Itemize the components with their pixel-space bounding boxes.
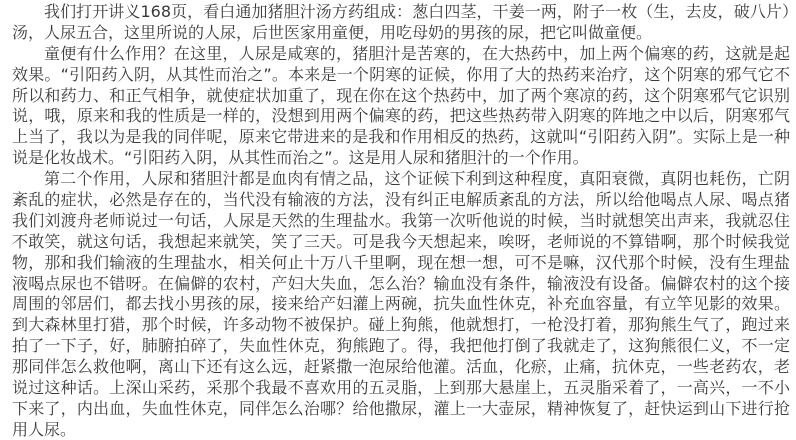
text-line: 说是化妆战术。“引阳药入阴，从其性而治之”。这是用人尿和猪胆汁的一个作用。 [12, 148, 790, 169]
text-line: 所以和药力、和正气相争，就使症状加重了，现在你在这个热药中，加了两个寒凉的药，这… [12, 86, 790, 107]
text-line: 周围的邻居们，都去找小男孩的尿，接来给产妇灌上两碗，抗失血性休克，补充血容量，有… [12, 294, 790, 315]
text-line: 第二个作用，人尿和猪胆汁都是血肉有情之品，这个证候下利到这种程度，真阳衰微，真阴… [12, 169, 790, 190]
text-line: 说，哦，原来和我的性质是一样的，没想到用两个偏寒的药，把这些热药带入阴寒的阵地之… [12, 106, 790, 127]
text-line: 下来了，内出血，失血性休克，同伴怎么治哪？给他撒尿，灌上一大壶尿，精神恢复了，赶… [12, 399, 790, 420]
text-line: 效果。“引阳药入阴，从其性而治之”。本来是一个阴寒的证候，你用了大的热药来治疗，… [12, 65, 790, 86]
text-line: 上当了，我以为是我的同伴呢，原来它带进来的是我和作用相反的热药，这就叫“引阳药入… [12, 127, 790, 148]
text-line: 用人尿。 [12, 420, 790, 440]
text-line: 到大森林里打猎，那个时候，许多动物不被保护。碰上狗熊，他就想打，一枪没打着，那狗… [12, 315, 790, 336]
text-line: 童便有什么作用？在这里，人尿是咸寒的，猪胆汁是苦寒的，在大热药中，加上两个偏寒的… [12, 44, 790, 65]
paragraph: 第二个作用，人尿和猪胆汁都是血肉有情之品，这个证候下利到这种程度，真阳衰微，真阴… [12, 169, 790, 440]
text-line: 那同伴怎么救他啊，离山下还有这么远，赶紧撒一泡尿给他灌。活血，化瘀，止痛，抗休克… [12, 357, 790, 378]
text-line: 说过这种话。上深山采药，采那个我最不喜欢用的五灵脂，上到那大悬崖上，五灵脂采着了… [12, 378, 790, 399]
text-line: 物，那和我们输液的生理盐水，相关何止十万八千里啊，现在想一想，可不是嘛，汉代那个… [12, 253, 790, 274]
text-line: 不敢笑，就这句话，我想起来就笑，笑了三天。可是我今天想起来，唉呀，老师说的不算错… [12, 232, 790, 253]
paragraph: 童便有什么作用？在这里，人尿是咸寒的，猪胆汁是苦寒的，在大热药中，加上两个偏寒的… [12, 44, 790, 169]
text-line: 我们打开讲义168页，看白通加猪胆汁汤方药组成：葱白四茎，干姜一两，附子一枚（生… [12, 2, 790, 23]
text-line: 液喝点尿也不错呀。在偏僻的农村，产妇大失血，怎么治？输血没有条件，输液没有设备。… [12, 274, 790, 295]
paragraph: 我们打开讲义168页，看白通加猪胆汁汤方药组成：葱白四茎，干姜一两，附子一枚（生… [12, 2, 790, 44]
text-line: 拍了一下子，好，肺腑拍碎了，失血性休克，狗熊跑了。得，我把他打倒了我就走了，这狗… [12, 336, 790, 357]
text-line: 紊乱的症状，必然是存在的，当代没有输液的方法，没有纠正电解质紊乱的方法，所以给他… [12, 190, 790, 211]
document-page: 我们打开讲义168页，看白通加猪胆汁汤方药组成：葱白四茎，干姜一两，附子一枚（生… [0, 0, 796, 440]
text-line: 汤，人尿五合，这里所说的人尿，后世医家用童便，用吃母奶的男孩的尿，把它叫做童便。 [12, 23, 790, 44]
text-line: 我们刘渡舟老师说过一句话，人尿是天然的生理盐水。我第一次听他说的时候，当时就想笑… [12, 211, 790, 232]
